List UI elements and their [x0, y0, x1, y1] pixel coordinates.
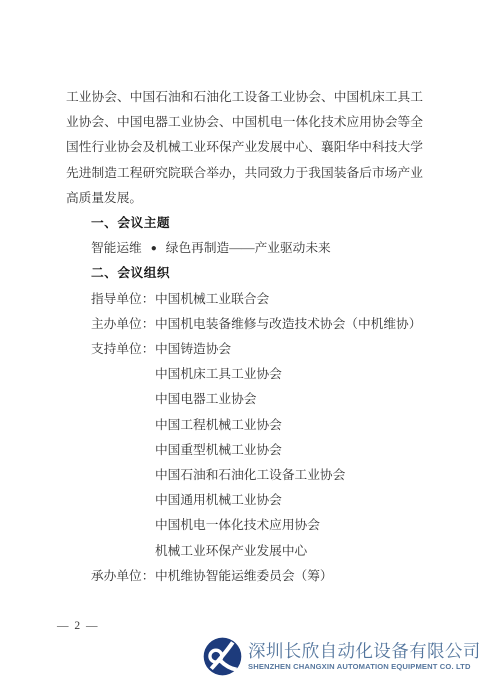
changxin-logo-icon [203, 637, 242, 676]
org-row-guidance: 指导单位： 中国机械工业联合会 [66, 287, 423, 312]
org-item: 中国机电装备维修与改造技术协会（中机维协） [155, 312, 423, 337]
theme-left: 智能运维 [91, 241, 142, 255]
org-item: 中机维协智能运维委员会（筹） [155, 564, 423, 589]
org-item: 中国工程机械工业协会 [155, 413, 423, 438]
company-name-en: SHENZHEN CHANGXIN AUTOMATION EQUIPMENT C… [248, 662, 480, 671]
org-item: 中国铸造协会 [155, 337, 423, 362]
theme-line: 智能运维●绿色再制造——产业驱动未来 [66, 236, 423, 261]
org-label: 指导单位： [91, 287, 155, 312]
company-name-block: 深圳长欣自动化设备有限公司 SHENZHEN CHANGXIN AUTOMATI… [248, 642, 480, 671]
section-heading-organization: 二、会议组织 [66, 261, 423, 286]
org-row-organizer: 承办单位： 中机维协智能运维委员会（筹） [66, 564, 423, 589]
org-label: 主办单位： [91, 312, 155, 337]
page-number: — 2 — [57, 620, 99, 632]
org-item: 中国机电一体化技术应用协会 [155, 513, 423, 538]
org-item: 中国通用机械工业协会 [155, 488, 423, 513]
org-label: 承办单位： [91, 564, 155, 589]
org-row-support: 支持单位： 中国铸造协会 中国机床工具工业协会 中国电器工业协会 中国工程机械工… [66, 337, 423, 564]
section-heading-topic: 一、会议主题 [66, 211, 423, 236]
org-item: 中国重型机械工业协会 [155, 438, 423, 463]
org-item: 中国机床工具工业协会 [155, 362, 423, 387]
company-name-cn: 深圳长欣自动化设备有限公司 [248, 642, 480, 661]
org-item: 机械工业环保产业发展中心 [155, 539, 423, 564]
intro-paragraph: 工业协会、中国石油和石油化工设备工业协会、中国机床工具工业协会、中国电器工业协会… [66, 85, 423, 211]
theme-right: 绿色再制造——产业驱动未来 [166, 241, 331, 255]
org-item: 中国电器工业协会 [155, 387, 423, 412]
document-body: 工业协会、中国石油和石油化工设备工业协会、中国机床工具工业协会、中国电器工业协会… [66, 85, 423, 589]
org-item: 中国石油和石油化工设备工业协会 [155, 463, 423, 488]
bullet-dot-icon: ● [151, 236, 157, 261]
org-item: 中国机械工业联合会 [155, 287, 423, 312]
org-label: 支持单位： [91, 337, 155, 564]
org-row-host: 主办单位： 中国机电装备维修与改造技术协会（中机维协） [66, 312, 423, 337]
company-brand: 深圳长欣自动化设备有限公司 SHENZHEN CHANGXIN AUTOMATI… [203, 637, 480, 676]
